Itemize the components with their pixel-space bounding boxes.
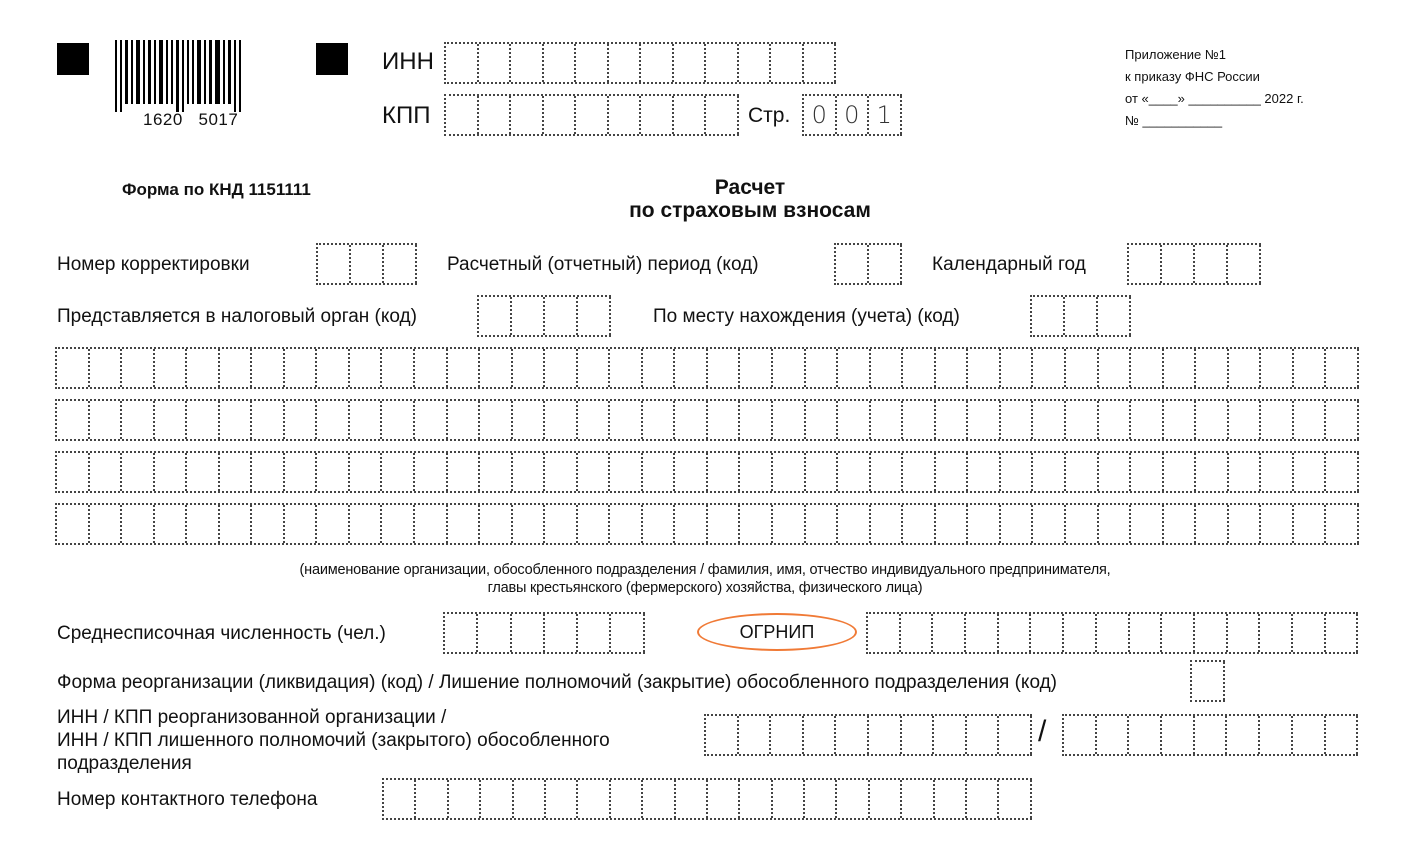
inn-kpp-separator: / (1038, 715, 1046, 749)
input-cell[interactable] (643, 401, 676, 439)
reorg-inn-kpp-label: ИНН / КПП реорганизованной организации /… (57, 706, 610, 775)
input-cell[interactable] (871, 401, 904, 439)
input-cell[interactable] (481, 780, 513, 818)
input-cell[interactable] (384, 780, 416, 818)
input-cell[interactable] (578, 614, 611, 652)
input-cell[interactable] (934, 716, 967, 754)
input-cell[interactable] (871, 453, 904, 491)
input-cell[interactable] (868, 614, 901, 652)
input-cell[interactable] (155, 349, 188, 387)
input-cell[interactable] (706, 44, 739, 82)
title-line-2: по страховым взносам (540, 199, 960, 222)
tax-authority-label: Представляется в налоговый орган (код) (57, 306, 417, 328)
input-cell[interactable] (806, 401, 839, 439)
input-cell[interactable] (1162, 614, 1195, 652)
tax-authority-field[interactable] (477, 295, 611, 337)
input-cell[interactable] (545, 297, 578, 335)
input-cell[interactable] (902, 780, 934, 818)
input-cell[interactable] (382, 505, 415, 543)
input-cell[interactable] (1064, 716, 1097, 754)
input-cell[interactable] (1131, 505, 1164, 543)
input-cell[interactable] (1033, 453, 1066, 491)
input-cell[interactable] (838, 505, 871, 543)
input-cell[interactable] (838, 401, 871, 439)
input-cell[interactable] (708, 453, 741, 491)
phone-label: Номер контактного телефона (57, 789, 317, 811)
input-cell[interactable] (1065, 297, 1098, 335)
input-cell[interactable] (999, 780, 1031, 818)
input-cell[interactable] (836, 245, 869, 283)
input-cell[interactable] (1196, 349, 1229, 387)
input-cell[interactable] (449, 780, 481, 818)
input-cell[interactable] (1326, 349, 1359, 387)
barcode (115, 40, 244, 112)
input-cell[interactable] (806, 453, 839, 491)
input-cell[interactable] (1131, 453, 1164, 491)
input-cell[interactable] (1293, 614, 1326, 652)
input-cell[interactable] (545, 453, 578, 491)
input-cell[interactable] (740, 453, 773, 491)
input-cell[interactable] (643, 453, 676, 491)
input-cell[interactable] (838, 349, 871, 387)
input-cell[interactable] (1195, 716, 1228, 754)
input-cell[interactable] (675, 505, 708, 543)
input-cell[interactable] (350, 453, 383, 491)
input-cell[interactable] (806, 349, 839, 387)
input-cell[interactable] (773, 780, 805, 818)
input-cell[interactable] (1001, 401, 1034, 439)
input-cell[interactable] (641, 96, 674, 134)
input-cell[interactable] (935, 780, 967, 818)
appendix-line-4: № ___________ (1125, 110, 1304, 132)
input-cell[interactable] (445, 614, 478, 652)
input-cell[interactable] (57, 505, 90, 543)
barcode-bar (115, 40, 117, 112)
input-cell[interactable] (480, 349, 513, 387)
input-cell[interactable] (708, 349, 741, 387)
input-cell[interactable] (1129, 245, 1162, 283)
input-cell[interactable] (1196, 505, 1229, 543)
input-cell[interactable] (90, 401, 123, 439)
input-cell[interactable] (968, 349, 1001, 387)
input-cell[interactable] (415, 505, 448, 543)
input-cell[interactable] (1033, 401, 1066, 439)
input-cell[interactable] (578, 349, 611, 387)
input-cell[interactable] (968, 505, 1001, 543)
form-code: Форма по КНД 1151111 (122, 180, 311, 200)
input-cell[interactable] (609, 96, 642, 134)
input-cell[interactable] (610, 453, 643, 491)
page-number-field[interactable]: 001 (802, 94, 902, 136)
input-cell[interactable] (643, 505, 676, 543)
input-cell[interactable] (739, 716, 772, 754)
input-cell[interactable] (122, 505, 155, 543)
input-cell[interactable] (1099, 453, 1132, 491)
input-cell[interactable] (578, 401, 611, 439)
input-cell[interactable] (1261, 505, 1294, 543)
input-cell[interactable] (415, 349, 448, 387)
input-cell[interactable] (1001, 453, 1034, 491)
input-cell[interactable] (1066, 505, 1099, 543)
input-cell[interactable] (511, 96, 544, 134)
input-cell[interactable] (1227, 716, 1260, 754)
input-cell[interactable] (578, 297, 611, 335)
input-cell[interactable]: 0 (837, 96, 870, 134)
input-cell[interactable] (512, 614, 545, 652)
input-cell[interactable] (122, 349, 155, 387)
input-cell[interactable] (837, 780, 869, 818)
input-cell[interactable] (1229, 401, 1262, 439)
input-cell[interactable] (1066, 401, 1099, 439)
location-code-field[interactable] (1030, 295, 1131, 337)
input-cell[interactable] (1294, 453, 1327, 491)
input-cell[interactable] (576, 96, 609, 134)
input-cell[interactable] (382, 349, 415, 387)
input-cell[interactable] (1260, 614, 1293, 652)
org-name-row[interactable] (55, 451, 1359, 493)
input-cell[interactable] (1099, 401, 1132, 439)
input-cell[interactable] (57, 349, 90, 387)
input-cell[interactable] (1164, 505, 1197, 543)
input-cell[interactable] (1131, 349, 1164, 387)
input-cell[interactable] (1033, 349, 1066, 387)
input-cell[interactable] (1229, 505, 1262, 543)
input-cell[interactable] (511, 44, 544, 82)
input-cell[interactable] (773, 505, 806, 543)
input-cell[interactable] (1162, 245, 1195, 283)
input-cell[interactable] (708, 401, 741, 439)
input-cell[interactable] (252, 505, 285, 543)
phone-field[interactable] (382, 778, 1032, 820)
input-cell[interactable] (1066, 453, 1099, 491)
input-cell[interactable] (576, 44, 609, 82)
input-cell[interactable] (480, 453, 513, 491)
input-cell[interactable] (155, 453, 188, 491)
input-cell[interactable] (1033, 505, 1066, 543)
input-cell[interactable] (317, 453, 350, 491)
input-cell[interactable] (220, 453, 253, 491)
input-cell[interactable] (1293, 716, 1326, 754)
input-cell[interactable] (480, 505, 513, 543)
input-cell[interactable] (187, 453, 220, 491)
input-cell[interactable] (285, 453, 318, 491)
input-cell[interactable] (740, 505, 773, 543)
input-cell[interactable] (610, 505, 643, 543)
input-cell[interactable] (252, 401, 285, 439)
input-cell[interactable]: 1 (869, 96, 902, 134)
input-cell[interactable] (187, 401, 220, 439)
input-cell[interactable] (1032, 297, 1065, 335)
input-cell[interactable] (415, 453, 448, 491)
input-cell[interactable] (578, 505, 611, 543)
input-cell[interactable] (804, 716, 837, 754)
input-cell[interactable] (1097, 716, 1130, 754)
input-cell[interactable] (220, 401, 253, 439)
input-cell[interactable] (903, 505, 936, 543)
input-cell[interactable] (514, 780, 546, 818)
input-cell[interactable] (1229, 349, 1262, 387)
input-cell[interactable] (869, 716, 902, 754)
input-cell[interactable] (1195, 245, 1228, 283)
input-cell[interactable] (155, 505, 188, 543)
input-cell[interactable] (479, 96, 512, 134)
input-cell[interactable] (838, 453, 871, 491)
reorg-inn-field[interactable] (704, 714, 1032, 756)
input-cell[interactable] (220, 505, 253, 543)
calendar-year-field[interactable] (1127, 243, 1261, 285)
input-cell[interactable] (1162, 716, 1195, 754)
input-cell[interactable] (740, 401, 773, 439)
input-cell[interactable] (674, 44, 707, 82)
input-cell[interactable] (1064, 614, 1097, 652)
org-name-field[interactable] (55, 347, 1359, 555)
input-cell[interactable] (708, 505, 741, 543)
reorg-kpp-field[interactable] (1062, 714, 1358, 756)
input-cell[interactable] (544, 44, 577, 82)
input-cell[interactable] (771, 716, 804, 754)
input-cell[interactable] (285, 401, 318, 439)
input-cell[interactable] (936, 349, 969, 387)
input-cell[interactable] (968, 401, 1001, 439)
input-cell[interactable] (382, 453, 415, 491)
input-cell[interactable] (610, 349, 643, 387)
input-cell[interactable] (1229, 453, 1262, 491)
input-cell[interactable] (351, 245, 384, 283)
input-cell[interactable] (187, 505, 220, 543)
input-cell[interactable] (903, 349, 936, 387)
input-cell[interactable] (545, 349, 578, 387)
input-cell[interactable] (773, 453, 806, 491)
input-cell[interactable] (1129, 716, 1162, 754)
input-cell[interactable] (1130, 614, 1163, 652)
input-cell[interactable] (479, 297, 512, 335)
barcode-bar (176, 40, 179, 112)
input-cell[interactable]: 0 (804, 96, 837, 134)
input-cell[interactable] (513, 401, 546, 439)
input-cell[interactable] (805, 780, 837, 818)
input-cell[interactable] (1228, 614, 1261, 652)
input-cell[interactable] (1326, 453, 1359, 491)
input-cell[interactable] (1099, 505, 1132, 543)
period-code-field[interactable] (834, 243, 902, 285)
input-cell[interactable] (546, 780, 578, 818)
input-cell[interactable] (1164, 453, 1197, 491)
input-cell[interactable] (57, 401, 90, 439)
location-code-label: По месту нахождения (учета) (код) (653, 306, 960, 328)
input-cell[interactable] (771, 44, 804, 82)
input-cell[interactable] (382, 401, 415, 439)
input-cell[interactable] (936, 505, 969, 543)
input-cell[interactable] (479, 44, 512, 82)
input-cell[interactable] (967, 716, 1000, 754)
input-cell[interactable] (1098, 297, 1131, 335)
input-cell[interactable] (1097, 614, 1130, 652)
input-cell[interactable] (350, 505, 383, 543)
org-name-row[interactable] (55, 347, 1359, 389)
input-cell[interactable] (1326, 505, 1359, 543)
input-cell[interactable] (967, 780, 999, 818)
input-cell[interactable] (740, 780, 772, 818)
input-cell[interactable] (1066, 349, 1099, 387)
input-cell[interactable] (448, 453, 481, 491)
input-cell[interactable] (1196, 453, 1229, 491)
input-cell[interactable] (478, 614, 511, 652)
input-cell[interactable] (90, 505, 123, 543)
input-cell[interactable] (643, 780, 675, 818)
input-cell[interactable] (318, 245, 351, 283)
input-cell[interactable] (871, 349, 904, 387)
input-cell[interactable] (643, 349, 676, 387)
inn-field[interactable] (444, 42, 836, 84)
input-cell[interactable] (869, 245, 902, 283)
barcode-bar (159, 40, 163, 104)
input-cell[interactable] (1131, 401, 1164, 439)
appendix-line-1: Приложение №1 (1125, 44, 1304, 66)
page-label: Стр. (748, 104, 790, 128)
input-cell[interactable] (317, 505, 350, 543)
correction-number-field[interactable] (316, 243, 417, 285)
input-cell[interactable] (999, 716, 1032, 754)
input-cell[interactable] (610, 401, 643, 439)
input-cell[interactable] (578, 453, 611, 491)
input-cell[interactable] (416, 780, 448, 818)
input-cell[interactable] (999, 614, 1032, 652)
input-cell[interactable] (1001, 349, 1034, 387)
input-cell[interactable] (446, 44, 479, 82)
input-cell[interactable] (252, 349, 285, 387)
input-cell[interactable] (155, 401, 188, 439)
ogrnip-field[interactable] (866, 612, 1358, 654)
input-cell[interactable] (739, 44, 772, 82)
input-cell[interactable] (901, 614, 934, 652)
input-cell[interactable] (317, 401, 350, 439)
input-cell[interactable] (1261, 453, 1294, 491)
input-cell[interactable] (1164, 349, 1197, 387)
input-cell[interactable] (317, 349, 350, 387)
input-cell[interactable] (804, 44, 837, 82)
input-cell[interactable] (384, 245, 417, 283)
input-cell[interactable] (1326, 716, 1359, 754)
period-code-label: Расчетный (отчетный) период (код) (447, 254, 759, 276)
input-cell[interactable] (871, 505, 904, 543)
input-cell[interactable] (220, 349, 253, 387)
avg-headcount-field[interactable] (443, 612, 645, 654)
input-cell[interactable] (1192, 662, 1225, 700)
input-cell[interactable] (544, 96, 577, 134)
barcode-bar (204, 40, 206, 104)
kpp-field[interactable] (444, 94, 739, 136)
input-cell[interactable] (675, 401, 708, 439)
input-cell[interactable] (611, 614, 644, 652)
input-cell[interactable] (448, 505, 481, 543)
org-name-note: (наименование организации, обособленного… (100, 561, 1310, 597)
input-cell[interactable] (545, 505, 578, 543)
input-cell[interactable] (448, 349, 481, 387)
input-cell[interactable] (1164, 401, 1197, 439)
input-cell[interactable] (936, 401, 969, 439)
input-cell[interactable] (446, 96, 479, 134)
input-cell[interactable] (1228, 245, 1261, 283)
input-cell[interactable] (1261, 349, 1294, 387)
input-cell[interactable] (350, 349, 383, 387)
input-cell[interactable] (675, 349, 708, 387)
input-cell[interactable] (122, 401, 155, 439)
input-cell[interactable] (611, 780, 643, 818)
input-cell[interactable] (806, 505, 839, 543)
input-cell[interactable] (90, 349, 123, 387)
input-cell[interactable] (122, 453, 155, 491)
input-cell[interactable] (870, 780, 902, 818)
barcode-bar (182, 40, 184, 112)
org-name-row[interactable] (55, 399, 1359, 441)
input-cell[interactable] (968, 453, 1001, 491)
input-cell[interactable] (641, 44, 674, 82)
input-cell[interactable] (480, 401, 513, 439)
input-cell[interactable] (350, 401, 383, 439)
barcode-bar (131, 40, 133, 104)
reorg-form-field[interactable] (1190, 660, 1225, 702)
input-cell[interactable] (578, 780, 610, 818)
input-cell[interactable] (90, 453, 123, 491)
input-cell[interactable] (902, 716, 935, 754)
input-cell[interactable] (545, 614, 578, 652)
input-cell[interactable] (609, 44, 642, 82)
input-cell[interactable] (513, 349, 546, 387)
input-cell[interactable] (966, 614, 999, 652)
input-cell[interactable] (773, 349, 806, 387)
input-cell[interactable] (773, 401, 806, 439)
input-cell[interactable] (1195, 614, 1228, 652)
input-cell[interactable] (836, 716, 869, 754)
input-cell[interactable] (1099, 349, 1132, 387)
input-cell[interactable] (1326, 614, 1359, 652)
input-cell[interactable] (676, 780, 708, 818)
input-cell[interactable] (740, 349, 773, 387)
input-cell[interactable] (903, 401, 936, 439)
input-cell[interactable] (1031, 614, 1064, 652)
input-cell[interactable] (1294, 401, 1327, 439)
input-cell[interactable] (936, 453, 969, 491)
input-cell[interactable] (1196, 401, 1229, 439)
input-cell[interactable] (513, 453, 546, 491)
input-cell[interactable] (285, 505, 318, 543)
input-cell[interactable] (545, 401, 578, 439)
input-cell[interactable] (448, 401, 481, 439)
input-cell[interactable] (512, 297, 545, 335)
input-cell[interactable] (706, 96, 739, 134)
input-cell[interactable] (933, 614, 966, 652)
input-cell[interactable] (1260, 716, 1293, 754)
input-cell[interactable] (708, 780, 740, 818)
input-cell[interactable] (415, 401, 448, 439)
input-cell[interactable] (674, 96, 707, 134)
input-cell[interactable] (1261, 401, 1294, 439)
input-cell[interactable] (285, 349, 318, 387)
org-name-row[interactable] (55, 503, 1359, 545)
input-cell[interactable] (706, 716, 739, 754)
input-cell[interactable] (1294, 505, 1327, 543)
input-cell[interactable] (57, 453, 90, 491)
kpp-label: КПП (382, 102, 430, 130)
input-cell[interactable] (513, 505, 546, 543)
input-cell[interactable] (187, 349, 220, 387)
input-cell[interactable] (1001, 505, 1034, 543)
input-cell[interactable] (1294, 349, 1327, 387)
input-cell[interactable] (903, 453, 936, 491)
input-cell[interactable] (675, 453, 708, 491)
input-cell[interactable] (252, 453, 285, 491)
input-cell[interactable] (1326, 401, 1359, 439)
